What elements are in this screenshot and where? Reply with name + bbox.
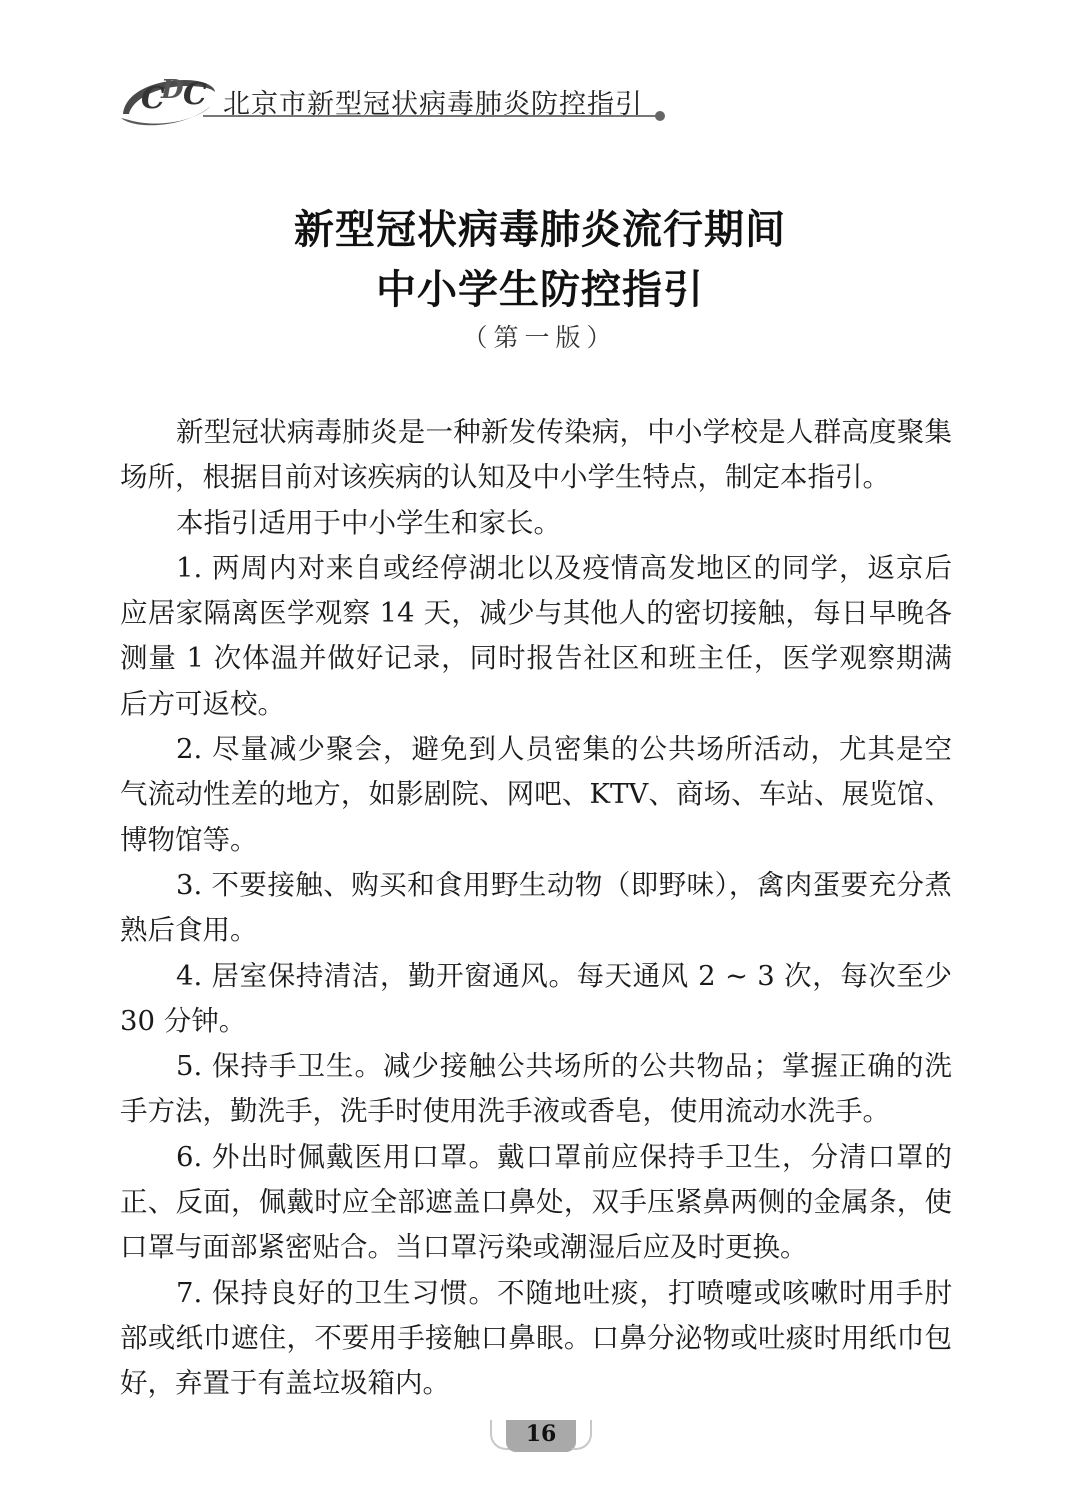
header-divider [203,115,661,117]
guideline-item-7: 7. 保持良好的卫生习惯。不随地吐痰，打喷嚏或咳嗽时用手肘部或纸巾遮住，不要用手… [120,1271,952,1407]
document-title-line1: 新型冠状病毒肺炎流行期间 [0,198,1080,255]
guideline-item-5: 5. 保持手卫生。减少接触公共场所的公共物品；掌握正确的洗手方法，勤洗手，洗手时… [120,1044,952,1135]
scope-paragraph: 本指引适用于中小学生和家长。 [120,501,952,546]
page-number: 16 [506,1421,576,1447]
svg-text:C: C [183,77,207,112]
guideline-item-2: 2. 尽量减少聚会，避免到人员密集的公共场所活动，尤其是空气流动性差的地方，如影… [120,727,952,863]
header-dot-icon [655,111,665,121]
page-number-badge: 16 [488,1420,594,1460]
cdc-logo-icon: C D C [115,62,220,132]
document-title-line2: 中小学生防控指引 [0,258,1080,315]
document-body: 新型冠状病毒肺炎是一种新发传染病，中小学校是人群高度聚集场所，根据目前对该疾病的… [120,410,952,1407]
edition-label: （第一版） [0,318,1080,354]
guideline-item-3: 3. 不要接触、购买和食用野生动物（即野味），禽肉蛋要充分煮熟后食用。 [120,863,952,954]
svg-text:D: D [160,75,184,105]
guideline-item-4: 4. 居室保持清洁，勤开窗通风。每天通风 2 ~ 3 次，每次至少 30 分钟。 [120,954,952,1045]
page-header: C D C 北京市新型冠状病毒肺炎防控指引 [115,62,660,132]
intro-paragraph: 新型冠状病毒肺炎是一种新发传染病，中小学校是人群高度聚集场所，根据目前对该疾病的… [120,410,952,501]
guideline-item-1: 1. 两周内对来自或经停湖北以及疫情高发地区的同学，返京后应居家隔离医学观察 1… [120,546,952,727]
guideline-item-6: 6. 外出时佩戴医用口罩。戴口罩前应保持手卫生，分清口罩的正、反面，佩戴时应全部… [120,1135,952,1271]
